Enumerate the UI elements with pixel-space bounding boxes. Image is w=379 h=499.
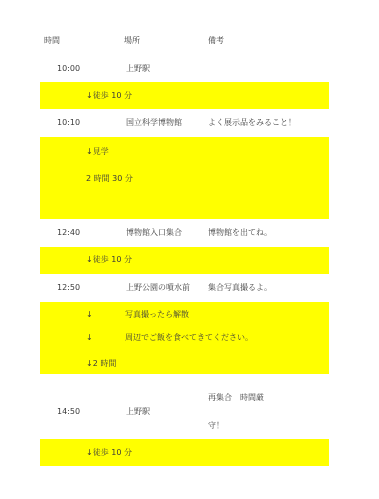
header-place: 場所 — [124, 36, 140, 46]
transition-text: ↓徒歩 10 分 — [86, 448, 132, 458]
row-place: 博物館入口集合 — [126, 228, 182, 238]
transition-band: ↓ 写真撮ったら解散 ↓ 周辺でご飯を食べてきてください。 ↓2 時間 — [40, 302, 329, 374]
transition-text: ↓見学 — [86, 147, 109, 157]
transition-band: ↓徒歩 10 分 — [40, 247, 329, 274]
transition-text: 周辺でご飯を食べてきてください。 — [125, 333, 253, 343]
transition-text: ↓徒歩 10 分 — [86, 255, 132, 265]
row-place: 国立科学博物館 — [126, 118, 182, 128]
transition-duration: 2 時間 30 分 — [86, 174, 133, 184]
row-place: 上野駅 — [126, 64, 150, 74]
transition-band: ↓見学 2 時間 30 分 — [40, 137, 329, 219]
transition-text: 写真撮ったら解散 — [125, 310, 189, 320]
transition-band: ↓徒歩 10 分 — [40, 439, 329, 466]
transition-duration: ↓2 時間 — [86, 359, 116, 369]
row-time: 12:40 — [57, 228, 80, 238]
header-time: 時間 — [44, 36, 60, 46]
row-note: 集合写真撮るよ。 — [208, 283, 272, 293]
row-time: 14:50 — [57, 407, 80, 417]
row-place: 上野公園の噴水前 — [126, 283, 190, 293]
transition-band: ↓徒歩 10 分 — [40, 82, 329, 109]
header-note: 備考 — [208, 36, 224, 46]
row-note: 博物館を出てね。 — [208, 228, 272, 238]
row-note-continued: 守！ — [208, 421, 224, 431]
row-time: 10:10 — [57, 118, 80, 128]
transition-arrow: ↓ — [86, 333, 93, 343]
row-place: 上野駅 — [126, 407, 150, 417]
row-note: よく展示品をみること！ — [208, 118, 296, 128]
row-time: 12:50 — [57, 283, 80, 293]
transition-arrow: ↓ — [86, 310, 93, 320]
row-time: 10:00 — [57, 64, 80, 74]
row-note: 再集合 時間厳 — [208, 393, 264, 403]
transition-text: ↓徒歩 10 分 — [86, 91, 132, 101]
